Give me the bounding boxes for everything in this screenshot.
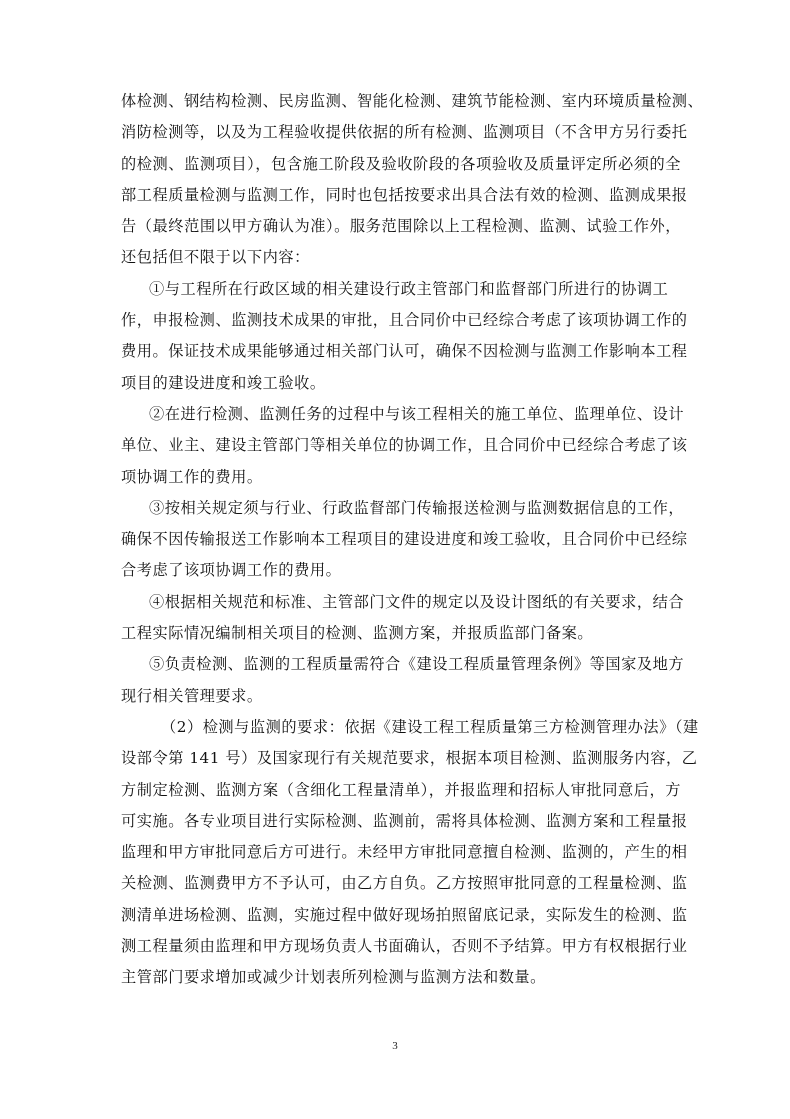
paragraph-scope-continuation: 体检测、钢结构检测、民房监测、智能化检测、建筑节能检测、室内环境质量检测、 消防… <box>121 86 681 274</box>
text-line: 测清单进场检测、监测，实施过程中做好现场拍照留底记录，实际发生的检测、监 <box>121 900 681 931</box>
text-line: ④根据相关规范和标准、主管部门文件的规定以及设计图纸的有关要求，结合 <box>121 587 681 618</box>
paragraph-section-2-requirements: （2）检测与监测的要求：依据《建设工程工程质量第三方检测管理办法》（建 设部令第… <box>121 712 681 994</box>
text-line: 项协调工作的费用。 <box>121 462 681 493</box>
text-line: 主管部门要求增加或减少计划表所列检测与监测方法和数量。 <box>121 962 681 993</box>
text-line: 项目的建设进度和竣工验收。 <box>121 368 681 399</box>
text-line: 关检测、监测费甲方不予认可，由乙方自负。乙方按照审批同意的工程量检测、监 <box>121 868 681 899</box>
text-line: 还包括但不限于以下内容： <box>121 242 681 273</box>
text-line: ②在进行检测、监测任务的过程中与该工程相关的施工单位、监理单位、设计 <box>121 399 681 430</box>
text-line: ⑤负责检测、监测的工程质量需符合《建设工程质量管理条例》等国家及地方 <box>121 649 681 680</box>
text-line: 单位、业主、建设主管部门等相关单位的协调工作，且合同价中已经综合考虑了该 <box>121 430 681 461</box>
paragraph-item-1: ①与工程所在行政区域的相关建设行政主管部门和监督部门所进行的协调工 作，申报检测… <box>121 274 681 399</box>
text-line: 测工程量须由监理和甲方现场负责人书面确认，否则不予结算。甲方有权根据行业 <box>121 931 681 962</box>
text-line: 工程实际情况编制相关项目的检测、监测方案，并报质监部门备案。 <box>121 618 681 649</box>
text-line: 作，申报检测、监测技术成果的审批，且合同价中已经综合考虑了该项协调工作的 <box>121 305 681 336</box>
text-line: 设部令第 141 号）及国家现行有关规范要求，根据本项目检测、监测服务内容，乙 <box>121 743 681 774</box>
text-line: 费用。保证技术成果能够通过相关部门认可，确保不因检测与监测工作影响本工程 <box>121 336 681 367</box>
paragraph-item-4: ④根据相关规范和标准、主管部门文件的规定以及设计图纸的有关要求，结合 工程实际情… <box>121 587 681 650</box>
paragraph-item-5: ⑤负责检测、监测的工程质量需符合《建设工程质量管理条例》等国家及地方 现行相关管… <box>121 649 681 712</box>
text-line: 方制定检测、监测方案（含细化工程量清单），并报监理和招标人审批同意后，方 <box>121 775 681 806</box>
text-line: 现行相关管理要求。 <box>121 681 681 712</box>
text-line: 的检测、监测项目），包含施工阶段及验收阶段的各项验收及质量评定所必须的全 <box>121 149 681 180</box>
text-line: 监理和甲方审批同意后方可进行。未经甲方审批同意擅自检测、监测的，产生的相 <box>121 837 681 868</box>
text-line: 消防检测等，以及为工程验收提供依据的所有检测、监测项目（不含甲方另行委托 <box>121 117 681 148</box>
paragraph-item-3: ③按相关规定须与行业、行政监督部门传输报送检测与监测数据信息的工作， 确保不因传… <box>121 493 681 587</box>
text-line: 合考虑了该项协调工作的费用。 <box>121 555 681 586</box>
text-line: ①与工程所在行政区域的相关建设行政主管部门和监督部门所进行的协调工 <box>121 274 681 305</box>
paragraph-item-2: ②在进行检测、监测任务的过程中与该工程相关的施工单位、监理单位、设计 单位、业主… <box>121 399 681 493</box>
text-line: 部工程质量检测与监测工作，同时也包括按要求出具合法有效的检测、监测成果报 <box>121 180 681 211</box>
text-line: 体检测、钢结构检测、民房监测、智能化检测、建筑节能检测、室内环境质量检测、 <box>121 86 681 117</box>
text-line: ③按相关规定须与行业、行政监督部门传输报送检测与监测数据信息的工作， <box>121 493 681 524</box>
document-page: 体检测、钢结构检测、民房监测、智能化检测、建筑节能检测、室内环境质量检测、 消防… <box>0 0 790 1119</box>
page-number: 3 <box>0 1040 790 1052</box>
text-line: 告（最终范围以甲方确认为准）。服务范围除以上工程检测、监测、试验工作外， <box>121 211 681 242</box>
text-line: 确保不因传输报送工作影响本工程项目的建设进度和竣工验收，且合同价中已经综 <box>121 524 681 555</box>
text-line: 可实施。各专业项目进行实际检测、监测前，需将具体检测、监测方案和工程量报 <box>121 806 681 837</box>
text-line: （2）检测与监测的要求：依据《建设工程工程质量第三方检测管理办法》（建 <box>121 712 681 743</box>
document-body: 体检测、钢结构检测、民房监测、智能化检测、建筑节能检测、室内环境质量检测、 消防… <box>121 86 681 994</box>
